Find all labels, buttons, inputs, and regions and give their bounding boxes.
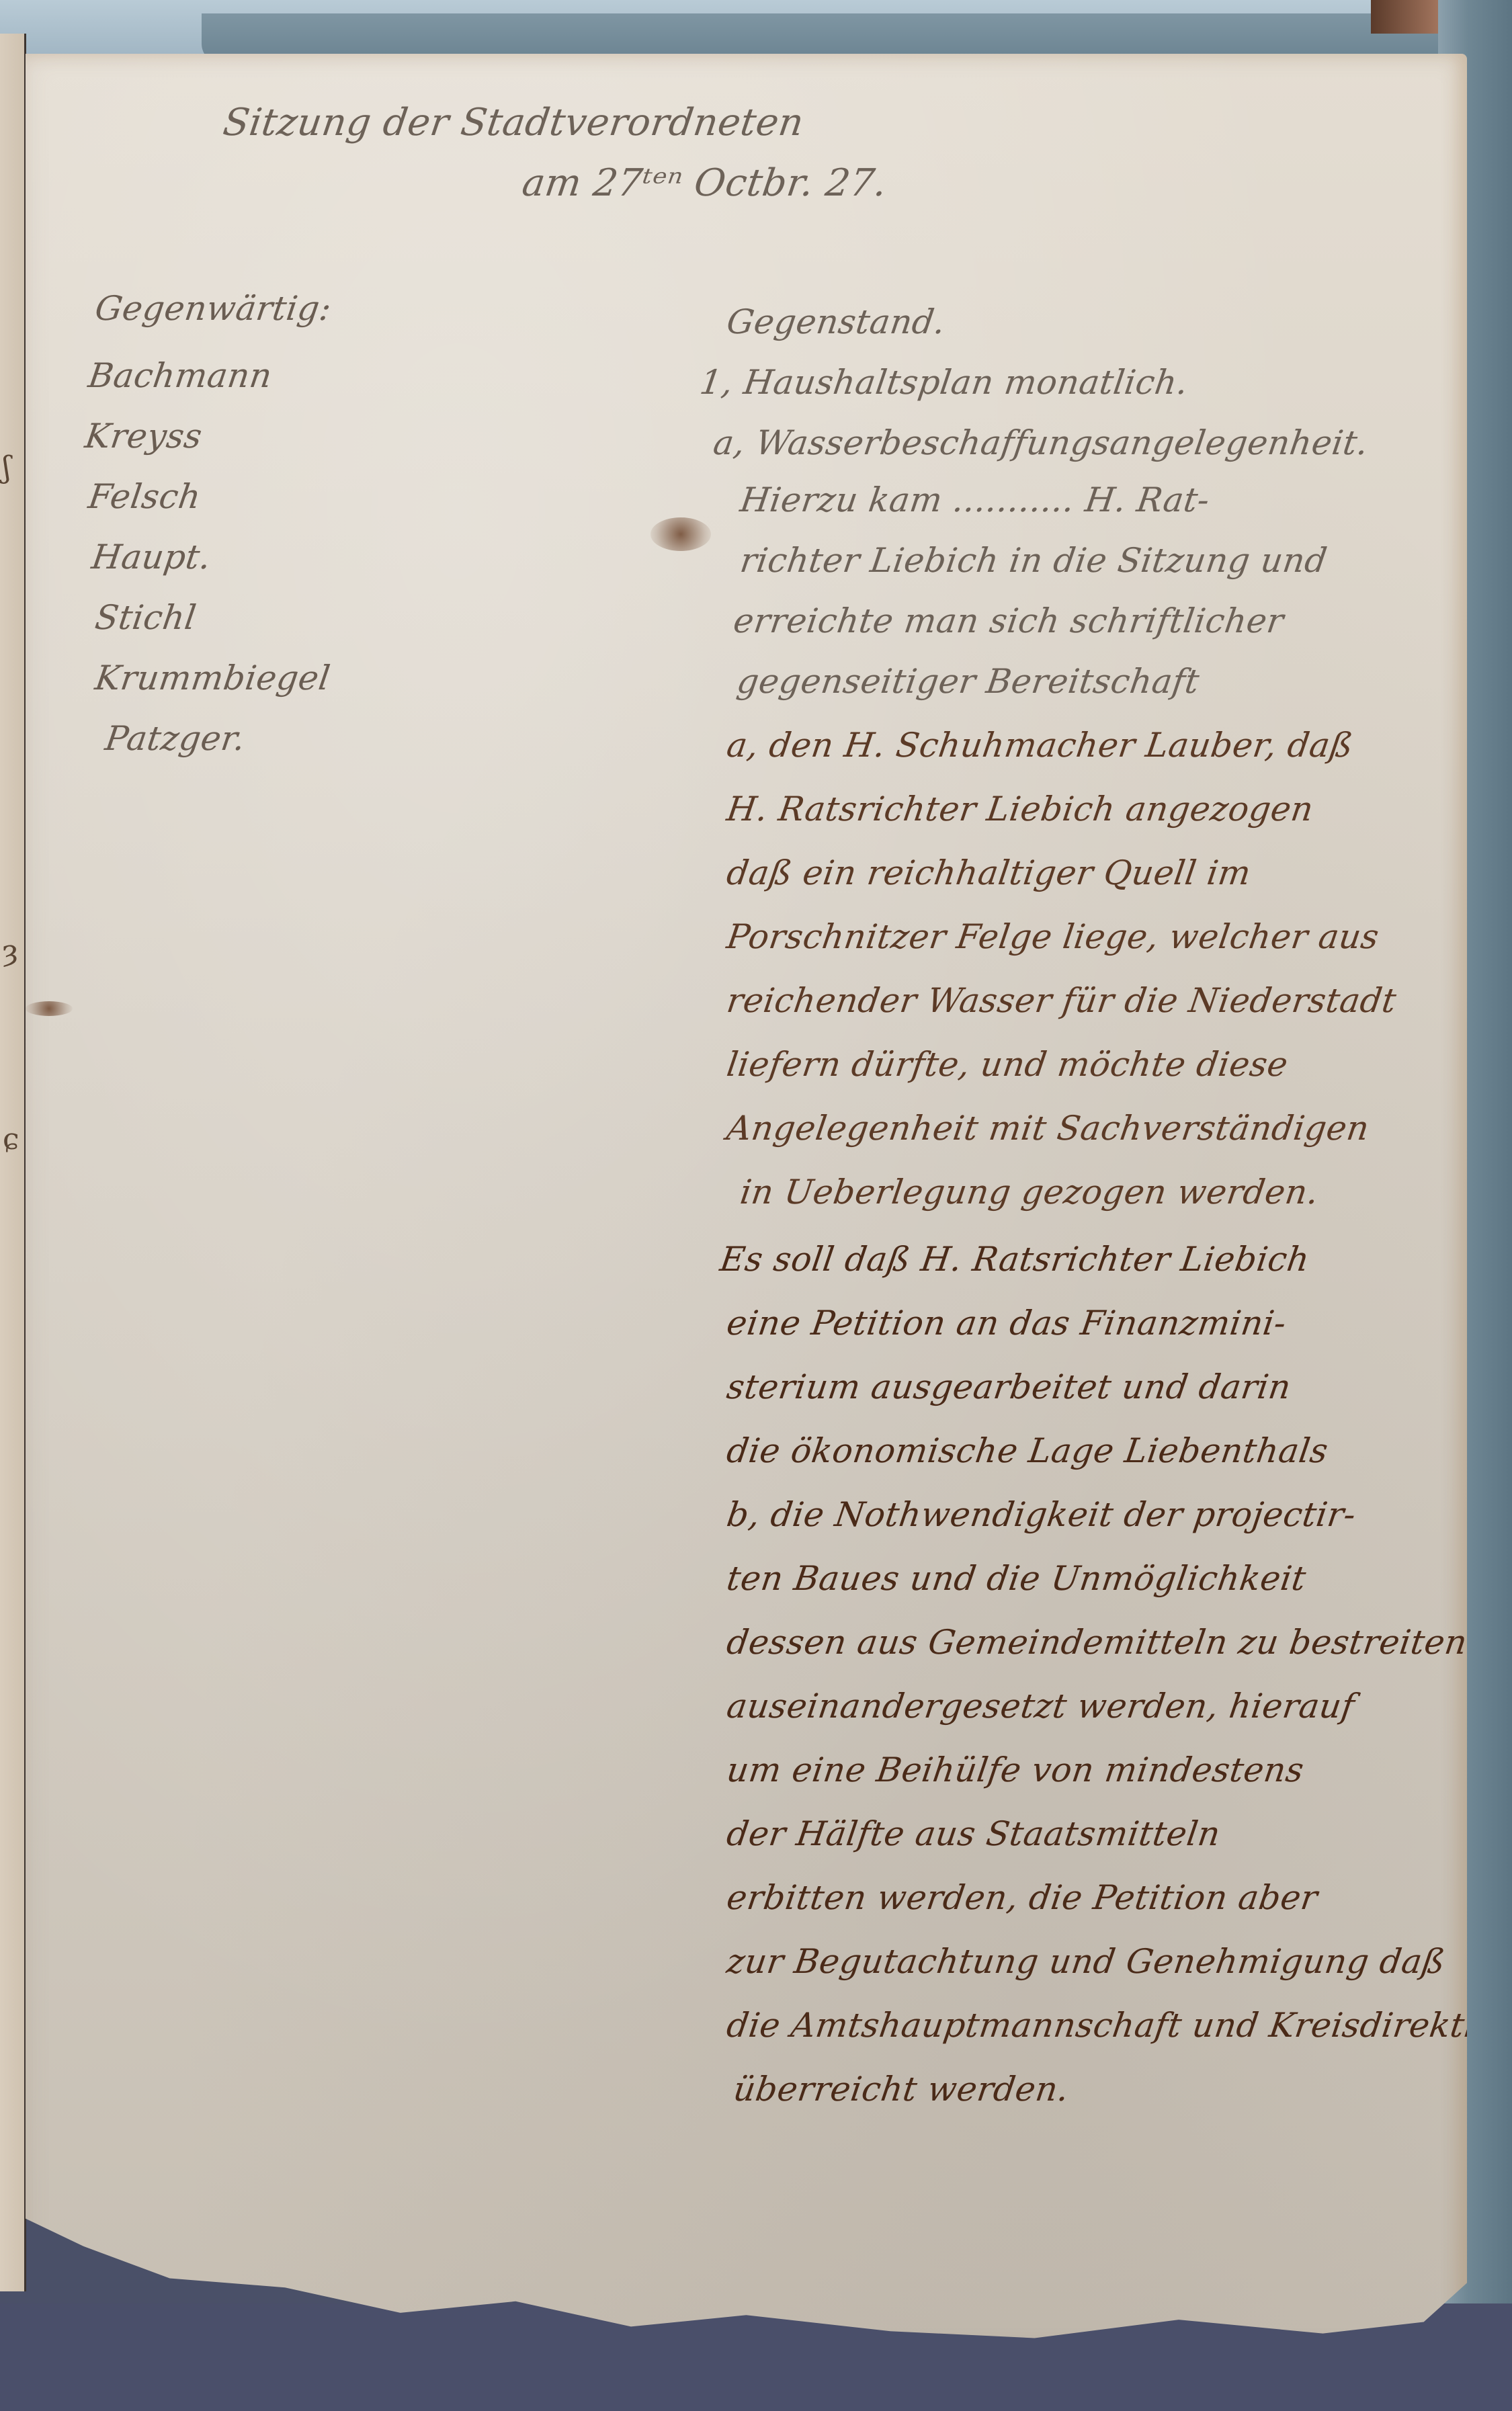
text-line: in Ueberlegung gezogen werden.	[738, 1173, 1321, 1212]
text-line: Es soll daß H. Ratsrichter Liebich	[718, 1240, 1312, 1279]
attendee-name: Stichl	[93, 598, 199, 637]
agenda-item-1a: a, Wasserbeschaffungsangelegenheit.	[711, 423, 1371, 462]
text-line: dessen aus Gemeindemitteln zu bestreiten	[724, 1623, 1470, 1662]
text-line: Porschnitzer Felge liege, welcher aus	[724, 917, 1382, 956]
text-line: die Amtshauptmannschaft und Kreisdirekti…	[724, 2006, 1512, 2045]
attendee-label: Gegenwärtig:	[93, 289, 334, 328]
text-line: a, den H. Schuhmacher Lauber, daß	[724, 726, 1355, 765]
text-line: um eine Beihülfe von mindestens	[724, 1750, 1306, 1789]
facing-page-ink-mark: ɕ	[3, 1122, 19, 1156]
attendee-name: Patzger.	[103, 719, 248, 758]
attendee-name: Krummbiegel	[93, 659, 333, 697]
text-line: daß ein reichhaltiger Quell im	[724, 853, 1253, 892]
agenda-label: Gegenstand.	[724, 302, 948, 341]
text-line: b, die Nothwendigkeit der projectir-	[724, 1495, 1358, 1534]
text-line: überreicht werden.	[731, 2070, 1072, 2109]
facing-page-strip: ʃ ȝ ɕ	[0, 34, 26, 2291]
ink-blot	[26, 1001, 73, 1016]
ink-blot	[650, 517, 711, 551]
text-line: eine Petition an das Finanzmini-	[724, 1304, 1289, 1343]
attendee-name: Kreyss	[83, 417, 205, 456]
text-line: H. Ratsrichter Liebich angezogen	[724, 790, 1316, 829]
text-line: reichender Wasser für die Niederstadt	[724, 981, 1399, 1020]
agenda-item-1: 1, Haushaltsplan monatlich.	[698, 363, 1191, 402]
text-line: zur Begutachtung und Genehmigung daß	[724, 1942, 1447, 1981]
text-line: Angelegenheit mit Sachverständigen	[724, 1109, 1372, 1148]
attendee-name: Bachmann	[86, 356, 275, 395]
attendee-name: Felsch	[86, 477, 204, 516]
facing-page-ink-mark: ʃ	[3, 450, 11, 484]
text-line: gegenseitiger Bereitschaft	[734, 662, 1202, 701]
text-line: erbitten werden, die Petition aber	[724, 1878, 1320, 1917]
text-line: liefern dürfte, und möchte diese	[724, 1045, 1290, 1084]
heading-title: Sitzung der Stadtverordneten	[220, 101, 806, 144]
text-line: richter Liebich in die Sitzung und	[738, 541, 1330, 580]
text-line: ten Baues und die Unmöglichkeit	[724, 1559, 1308, 1598]
text-line: erreichte man sich schriftlicher	[731, 601, 1286, 640]
attendee-name: Haupt.	[89, 538, 214, 577]
text-line: Hierzu kam ........... H. Rat-	[738, 480, 1212, 519]
manuscript-page: Sitzung der Stadtverordneten am 27ᵗᵉⁿ Oc…	[26, 54, 1467, 2352]
facing-page-ink-mark: ȝ	[3, 934, 18, 968]
text-line: sterium ausgearbeitet und darin	[724, 1367, 1294, 1406]
text-line: auseinandergesetzt werden, hierauf	[724, 1687, 1357, 1726]
text-line: die ökonomische Lage Liebenthals	[724, 1431, 1331, 1470]
heading-date: am 27ᵗᵉⁿ Octbr. 27.	[519, 161, 890, 205]
text-line: der Hälfte aus Staatsmitteln	[724, 1814, 1223, 1853]
